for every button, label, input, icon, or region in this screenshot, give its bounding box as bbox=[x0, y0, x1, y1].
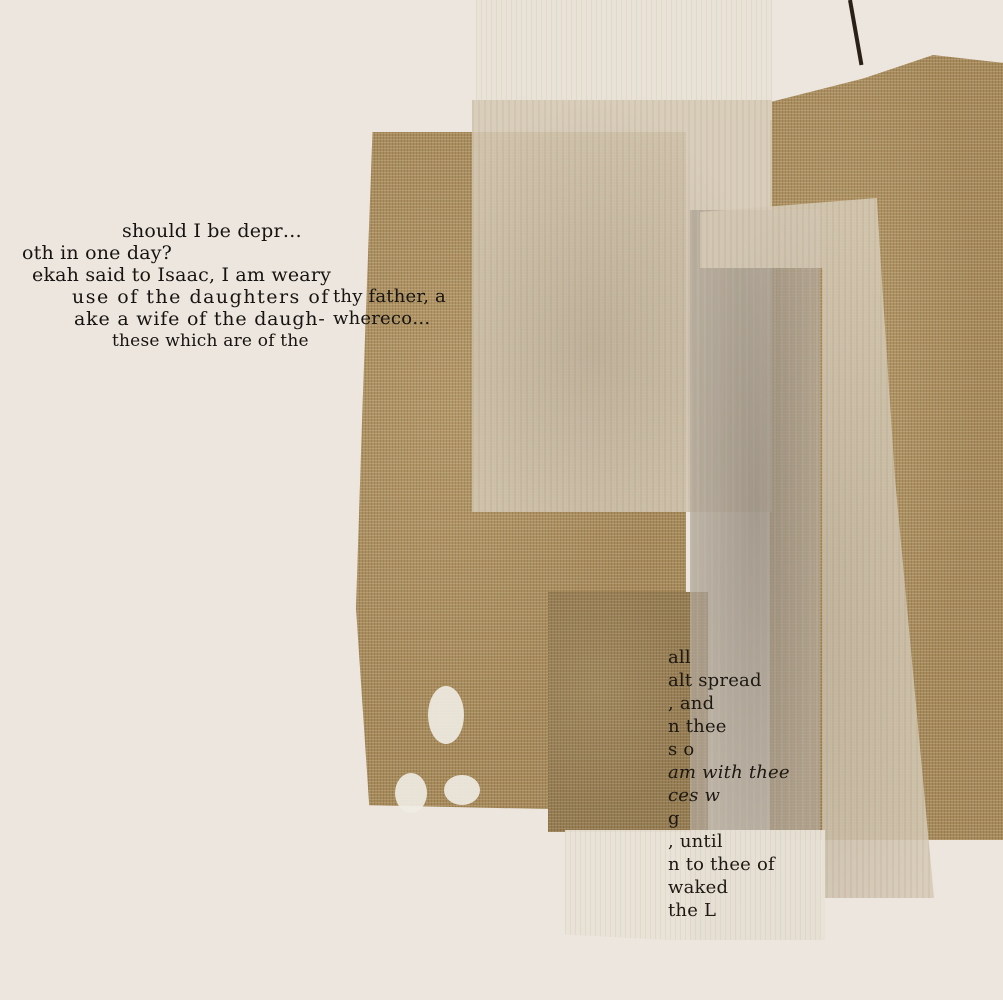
text-fragment-bottom: all alt spread , and n thee s o am with … bbox=[668, 646, 790, 922]
text-line: thy father, a bbox=[333, 286, 446, 308]
paint-splotch bbox=[395, 773, 427, 813]
text-line: all bbox=[668, 646, 790, 669]
text-line: s o bbox=[668, 738, 790, 761]
text-line: oth in one day? bbox=[22, 242, 331, 264]
text-line: alt spread bbox=[668, 669, 790, 692]
crack-line bbox=[848, 0, 863, 65]
text-line: ake a wife of the daugh- bbox=[22, 308, 331, 330]
text-fragment-left: should I be depr… oth in one day? ekah s… bbox=[22, 220, 331, 352]
paint-splotch bbox=[444, 775, 480, 805]
text-line: use of the daughters of bbox=[22, 286, 331, 308]
text-line: am with thee bbox=[668, 761, 790, 784]
text-line: whereco… bbox=[333, 308, 446, 330]
text-line: ekah said to Isaac, I am weary bbox=[22, 264, 331, 286]
text-line: n to thee of bbox=[668, 853, 790, 876]
text-fragment-middle: thy father, a whereco… bbox=[333, 286, 446, 330]
text-line: g bbox=[668, 807, 790, 830]
paint-splotch bbox=[428, 686, 464, 744]
text-line: n thee bbox=[668, 715, 790, 738]
text-line: waked bbox=[668, 876, 790, 899]
text-line: , until bbox=[668, 830, 790, 853]
text-line: ces w bbox=[668, 784, 790, 807]
text-line: these which are of the bbox=[22, 330, 331, 352]
text-line: , and bbox=[668, 692, 790, 715]
text-line: should I be depr… bbox=[22, 220, 331, 242]
text-line: the L bbox=[668, 899, 790, 922]
